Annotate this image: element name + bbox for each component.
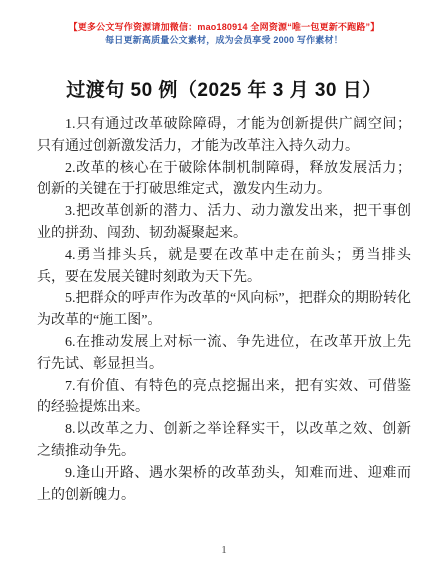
promo-header: 【更多公文写作资源请加微信：mao180914 全网资源“唯一包更新不跑路”】 … (0, 0, 448, 47)
page-title: 过渡句 50 例（2025 年 3 月 30 日） (0, 75, 448, 102)
paragraph-6: 6.在推动发展上对标一流、争先进位，在改革开放上先行先试、彰显担当。 (37, 332, 411, 376)
paragraph-1: 1.只有通过改革破除障碍，才能为创新提供广阔空间；只有通过创新激发活力，才能为改… (37, 114, 411, 158)
paragraph-3: 3.把改革创新的潜力、活力、动力激发出来，把干事创业的拼劲、闯劲、韧劲凝聚起来。 (37, 201, 411, 245)
paragraph-2: 2.改革的核心在于破除体制机制障碍，释放发展活力；创新的关键在于打破思维定式，激… (37, 158, 411, 202)
paragraph-4: 4.勇当排头兵，就是要在改革中走在前头；勇当排头兵，要在发展关键时刻敢为天下先。 (37, 245, 411, 289)
paragraph-9: 9.逢山开路、遇水架桥的改革劲头，知难而进、迎难而上的创新魄力。 (37, 463, 411, 507)
document-body: 1.只有通过改革破除障碍，才能为创新提供广阔空间；只有通过创新激发活力，才能为改… (37, 114, 411, 506)
promo-line-2: 每日更新高质量公文素材，成为会员享受 2000 写作素材！ (0, 34, 448, 47)
paragraph-7: 7.有价值、有特色的亮点挖掘出来，把有实效、可借鉴的经验提炼出来。 (37, 376, 411, 420)
promo-line-1: 【更多公文写作资源请加微信：mao180914 全网资源“唯一包更新不跑路”】 (0, 20, 448, 34)
page-number: 1 (0, 544, 448, 556)
paragraph-5: 5.把群众的呼声作为改革的“风向标”，把群众的期盼转化为改革的“施工图”。 (37, 288, 411, 332)
document-page: 【更多公文写作资源请加微信：mao180914 全网资源“唯一包更新不跑路”】 … (0, 0, 448, 580)
paragraph-8: 8.以改革之力、创新之举诠释实干，以改革之效、创新之绩推动争先。 (37, 419, 411, 463)
